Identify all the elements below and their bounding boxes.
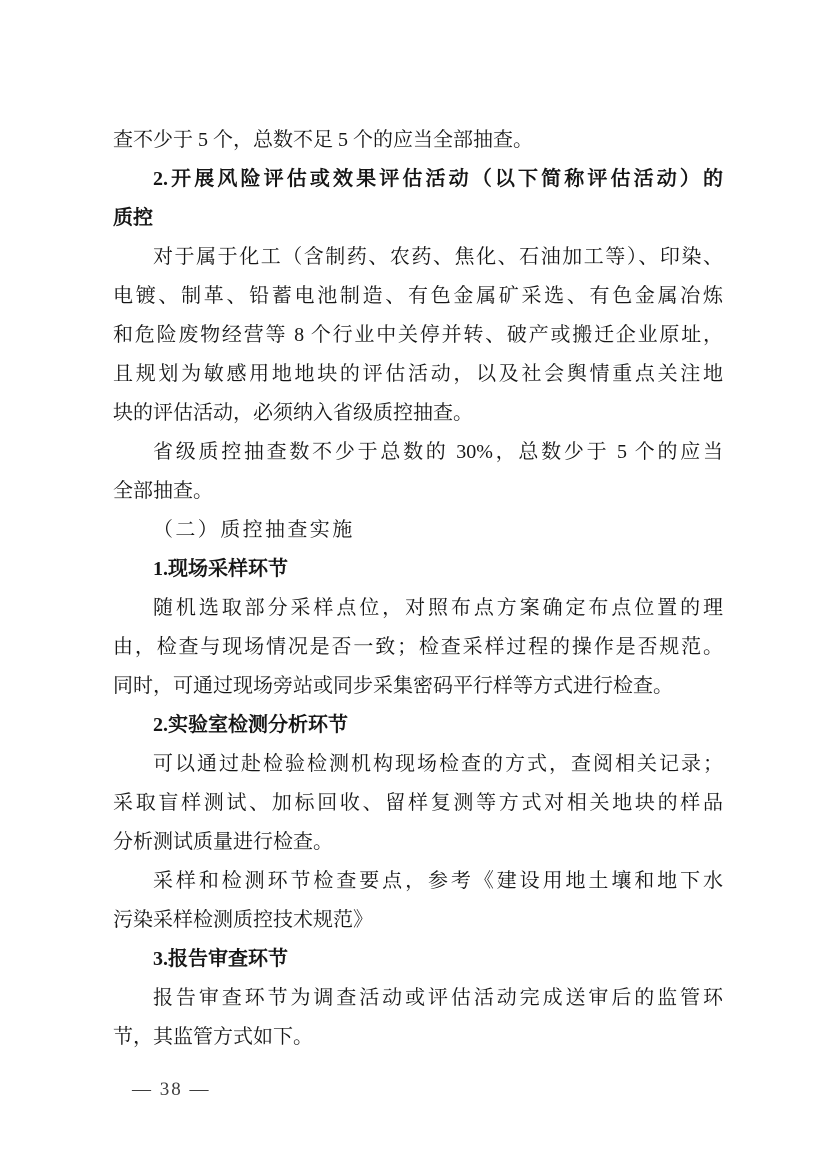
text-line: 污染采样检测质控技术规范》	[113, 901, 723, 940]
text-line: 随机选取部分采样点位，对照布点方案确定布点位置的理	[113, 589, 723, 628]
text-line: 块的评估活动，必须纳入省级质控抽查。	[113, 394, 723, 433]
text-line: 采取盲样测试、加标回收、留样复测等方式对相关地块的样品	[113, 784, 723, 823]
page-number: — 38 —	[132, 1079, 211, 1101]
text-line: 可以通过赴检验检测机构现场检查的方式，查阅相关记录；	[113, 745, 723, 784]
text-line: 省级质控抽查数不少于总数的 30%，总数少于 5 个的应当	[113, 433, 723, 472]
text-line: 采样和检测环节检查要点，参考《建设用地土壤和地下水	[113, 862, 723, 901]
text-line: 分析测试质量进行检查。	[113, 823, 723, 862]
text-line: 节，其监管方式如下。	[113, 1018, 723, 1057]
heading-line: 质控	[113, 199, 723, 238]
text-line: 和危险废物经营等 8 个行业中关停并转、破产或搬迁企业原址，	[113, 316, 723, 355]
subsection-heading-line: （二）质控抽查实施	[113, 511, 723, 550]
heading-line: 3.报告审查环节	[113, 940, 723, 979]
document-body: 查不少于 5 个，总数不足 5 个的应当全部抽查。 2.开展风险评估或效果评估活…	[113, 121, 723, 1057]
text-line: 电镀、制革、铅蓄电池制造、有色金属矿采选、有色金属冶炼	[113, 277, 723, 316]
text-line: 且规划为敏感用地地块的评估活动，以及社会舆情重点关注地	[113, 355, 723, 394]
text-line: 全部抽查。	[113, 472, 723, 511]
text-line: 报告审查环节为调查活动或评估活动完成送审后的监管环	[113, 979, 723, 1018]
heading-line: 1.现场采样环节	[113, 550, 723, 589]
heading-line: 2.开展风险评估或效果评估活动（以下简称评估活动）的	[113, 160, 723, 199]
text-line: 同时，可通过现场旁站或同步采集密码平行样等方式进行检查。	[113, 667, 723, 706]
heading-line: 2.实验室检测分析环节	[113, 706, 723, 745]
text-line: 由，检查与现场情况是否一致；检查采样过程的操作是否规范。	[113, 628, 723, 667]
text-line: 对于属于化工（含制药、农药、焦化、石油加工等）、印染、	[113, 238, 723, 277]
text-line: 查不少于 5 个，总数不足 5 个的应当全部抽查。	[113, 121, 723, 160]
document-page: 查不少于 5 个，总数不足 5 个的应当全部抽查。 2.开展风险评估或效果评估活…	[0, 0, 827, 1169]
